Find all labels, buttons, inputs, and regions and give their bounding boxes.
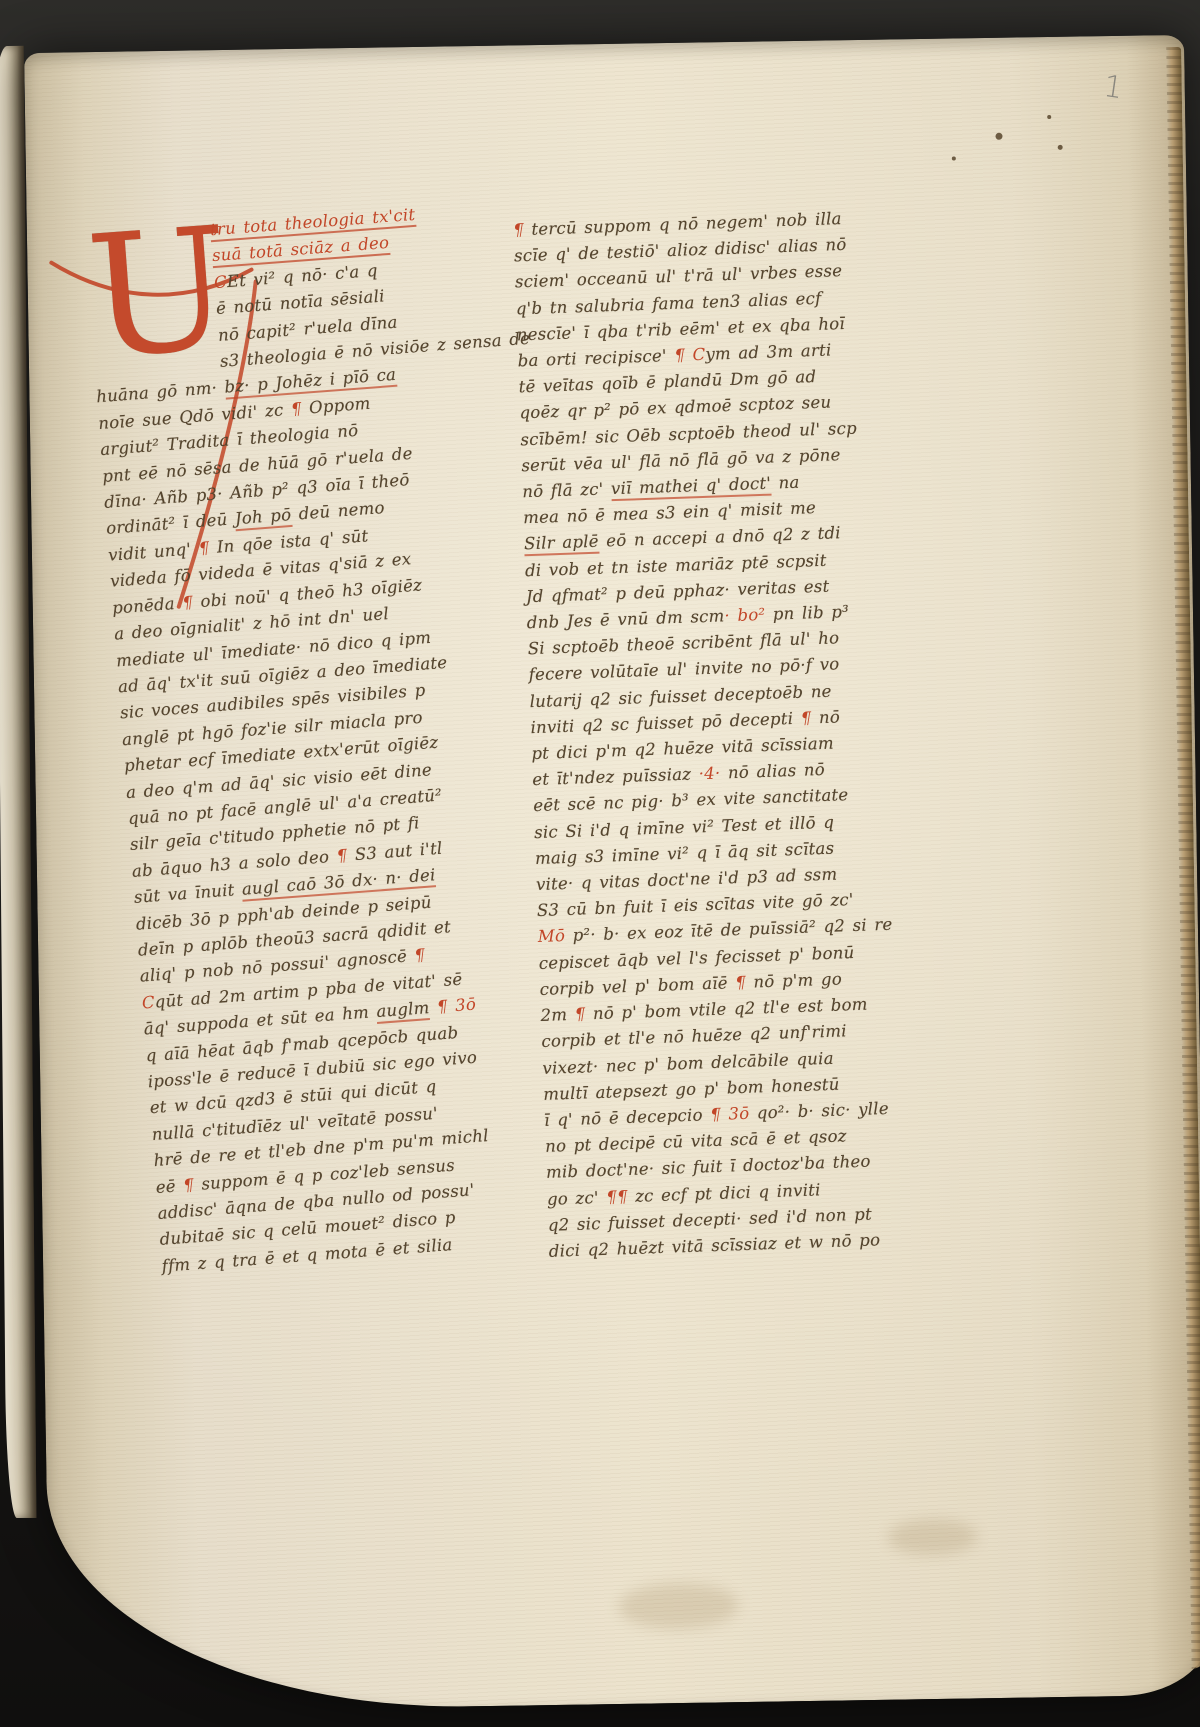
ink-speck <box>952 156 956 160</box>
body-text: nō flā zc' <box>522 479 611 501</box>
rubric-text: ¶¶ <box>606 1187 628 1207</box>
body-text: et īt'ndez puīssiaz <box>532 765 699 790</box>
body-text: eē <box>155 1176 184 1197</box>
body-text: Oppom <box>301 394 371 418</box>
body-text: corpib vel p' bom aīē <box>539 973 735 999</box>
photo-background: 1 U tru tota theologia tx'citsuā totā sc… <box>0 0 1200 1727</box>
body-text: nō p'm go <box>746 969 843 991</box>
ink-speck <box>995 133 1002 140</box>
folio-number: 1 <box>1101 69 1125 106</box>
body-text: go zc' <box>547 1187 607 1208</box>
rubric-text: ¶ <box>513 220 524 239</box>
rubric-text: ¶ <box>800 708 811 727</box>
body-text: 2m <box>540 1005 575 1025</box>
body-text: dnb Jes ē vnū dm scm <box>527 606 725 632</box>
underlined-text: Joh pō <box>234 505 292 531</box>
text-column-left: U tru tota theologia tx'citsuā totā sciā… <box>84 196 576 1280</box>
underlined-text: Silr aplē <box>524 532 599 557</box>
rubric-text: ·4· <box>698 764 720 784</box>
ink-speck <box>1058 145 1063 150</box>
manuscript-page: 1 U tru tota theologia tx'citsuā totā sc… <box>24 35 1200 1713</box>
body-text: ī q' nō ē decepcio <box>544 1105 711 1130</box>
body-text: ym ad 3m arti <box>705 340 832 363</box>
body-text: eō n accepi a dnō q2 z tdi <box>598 524 841 551</box>
ink-speck <box>1047 115 1051 119</box>
rubric-text: ¶ 3ō <box>710 1104 750 1124</box>
rubric-text: ¶ C <box>674 345 706 365</box>
underlined-text: auglm <box>376 998 431 1024</box>
body-text: pn lib p³ <box>765 602 849 624</box>
right-column-lines: ¶ tercū suppom q nō negem' nob illascīe … <box>513 203 957 1265</box>
parchment-stain <box>618 1582 739 1630</box>
rubric-text: Mō <box>538 927 566 947</box>
body-text: ba orti recipisce' <box>517 346 674 370</box>
body-text: deū nemo <box>291 498 386 524</box>
body-text: vidit unq' <box>108 539 200 565</box>
body-text: sūt va īnuit <box>133 880 242 907</box>
page-edge-leaves <box>1166 47 1200 1669</box>
rubric-text: · bo² <box>724 605 765 625</box>
body-text: ponēda <box>111 593 183 617</box>
text-column-right: ¶ tercū suppom q nō negem' nob illascīe … <box>513 203 957 1265</box>
body-text: qo²· b· sic· ylle <box>749 1099 889 1123</box>
body-text: zc ecf pt dici q inviti <box>627 1180 821 1206</box>
rubric-text: ¶ <box>414 946 426 966</box>
drop-cap-initial: U <box>84 222 210 362</box>
body-text: na <box>771 473 800 493</box>
rubric-text: ¶ 3ō <box>436 995 477 1017</box>
body-text: nō <box>811 707 840 727</box>
body-text: S3 aut i'tl <box>347 838 444 864</box>
parchment-stain <box>887 1518 978 1555</box>
rubric-text: ¶ <box>574 1005 585 1024</box>
body-text: nō alias nō <box>720 760 825 783</box>
